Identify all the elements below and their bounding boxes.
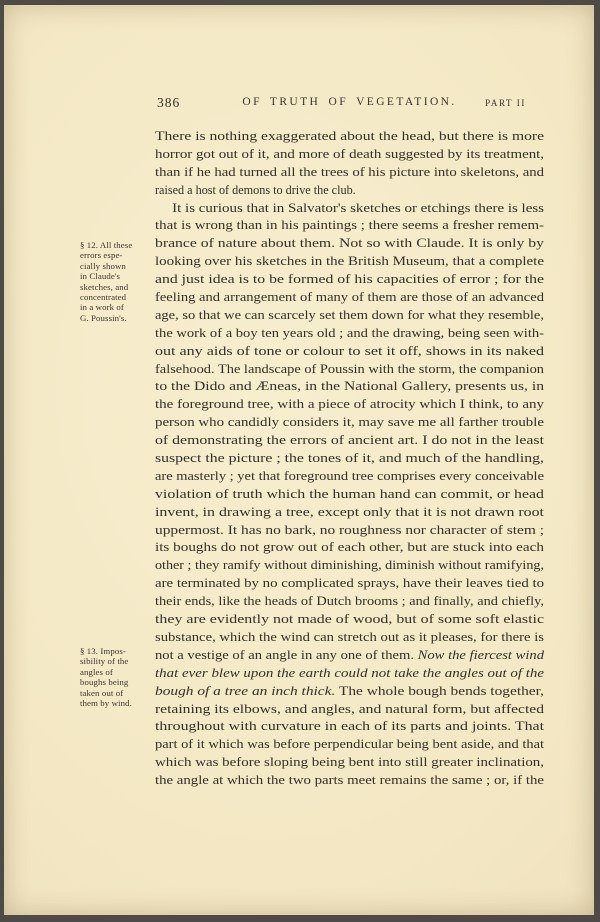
book-page: 386 OF TRUTH OF VEGETATION. PART II § 12…: [4, 5, 594, 915]
margin-note-line: taken out of: [80, 688, 154, 698]
margin-note-line: cially shown: [80, 261, 154, 271]
body-line: not a vestige of an angle in any one of …: [155, 646, 544, 664]
body-line: their ends, like the heads of Dutch broo…: [155, 592, 544, 610]
margin-note-line: boughs being: [80, 677, 154, 687]
margin-note-line: sibility of the: [80, 656, 154, 666]
body-line: substance, which the wind can stretch ou…: [155, 628, 544, 646]
page-header: 386 OF TRUTH OF VEGETATION. PART II: [155, 95, 544, 113]
margin-note-line: G. Poussin's.: [80, 313, 154, 323]
part-label: PART II: [485, 98, 526, 108]
margin-note-line: § 12. All these: [80, 240, 154, 250]
body-line: the work of a boy ten years old ; and th…: [155, 324, 544, 342]
margin-note: § 12. All theseerrors espe-cially showni…: [80, 240, 154, 323]
body-line: the angle at which the two parts meet re…: [155, 771, 544, 789]
body-line: are terminated by no complicated sprays,…: [155, 574, 544, 592]
body-line: and just idea is to be formed of his cap…: [155, 270, 544, 288]
body-line: the foreground tree, with a piece of atr…: [155, 395, 544, 413]
body-line: out any aids of tone or colour to set it…: [155, 342, 544, 360]
body-line: bough of a tree an inch thick. The whole…: [155, 682, 544, 700]
body-line: feeling and arrangement of many of them …: [155, 288, 544, 306]
body-line: looking over his sketches in the British…: [155, 252, 544, 270]
body-line: uppermost. It has no bark, no roughness …: [155, 521, 544, 539]
body-line: age, so that we can scarcely set them do…: [155, 306, 544, 324]
body-line: its boughs do not grow out of each other…: [155, 538, 544, 556]
body-line: retaining its elbows, and angles, and na…: [155, 700, 544, 718]
body-line: It is curious that in Salvator's sketche…: [155, 199, 544, 217]
body-line: horror got out of it, and more of death …: [155, 145, 544, 163]
margin-note-line: concentrated: [80, 292, 154, 302]
body-line: are masterly ; yet that foreground tree …: [155, 467, 544, 485]
body-line: brance of nature about them. Not so with…: [155, 234, 544, 252]
body-line: violation of truth which the human hand …: [155, 485, 544, 503]
body-line: throughout with curvature in each of its…: [155, 717, 544, 735]
screenshot-root: { "document": { "header": { "page_number…: [0, 0, 600, 922]
body-line: There is nothing exaggerated about the h…: [155, 127, 544, 145]
margin-note-line: sketches, and: [80, 282, 154, 292]
body-line: of demonstrating the errors of ancient a…: [155, 431, 544, 449]
body-line: other ; they ramify without diminishing,…: [155, 556, 544, 574]
paragraph: There is nothing exaggerated about the h…: [155, 127, 544, 199]
body-line: to the Dido and Æneas, in the National G…: [155, 377, 544, 395]
body-line: raised a host of demons to drive the clu…: [155, 181, 544, 199]
body-line: part of it which was before perpendicula…: [155, 735, 544, 753]
body-line: person who candidly considers it, may sa…: [155, 413, 544, 431]
margin-note-line: in a work of: [80, 302, 154, 312]
text-block: There is nothing exaggerated about the h…: [155, 127, 544, 789]
body-line: falsehood. The landscape of Poussin with…: [155, 360, 544, 378]
body-line: they are evidently not made of wood, but…: [155, 610, 544, 628]
margin-note: § 13. Impos-sibility of theangles ofboug…: [80, 646, 154, 708]
paragraph: It is curious that in Salvator's sketche…: [155, 199, 544, 789]
margin-note-line: angles of: [80, 667, 154, 677]
body-line: that is wrong than in his paintings ; th…: [155, 216, 544, 234]
body-line: than if he had turned all the trees of h…: [155, 163, 544, 181]
margin-note-line: errors espe-: [80, 250, 154, 260]
margin-note-line: them by wind.: [80, 698, 154, 708]
body-line: which was before sloping being bent into…: [155, 753, 544, 771]
body-line: that ever blew upon the earth could not …: [155, 664, 544, 682]
body-line: suspect the picture ; the tones of it, a…: [155, 449, 544, 467]
body-line: invent, in drawing a tree, except only t…: [155, 503, 544, 521]
margin-note-line: § 13. Impos-: [80, 646, 154, 656]
margin-note-line: in Claude's: [80, 271, 154, 281]
